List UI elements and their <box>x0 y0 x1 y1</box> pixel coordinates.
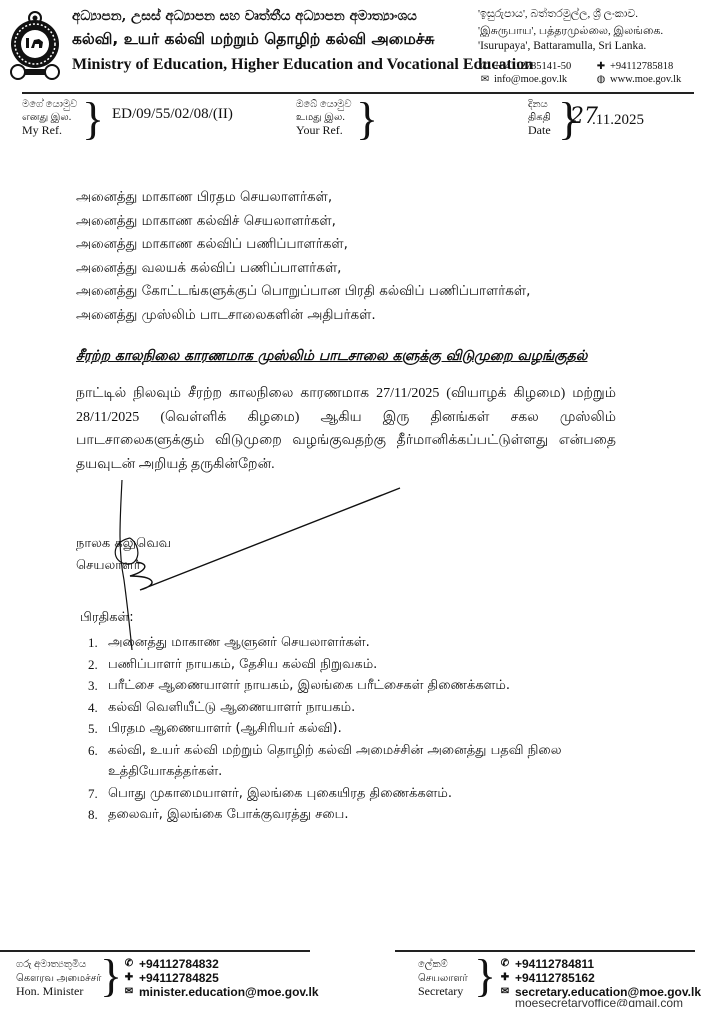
secretary-email[interactable]: secretary.education@moe.gov.lk <box>515 985 701 999</box>
copy-item: 5.பிரதம ஆணையாளர் (ஆசிரியர் கல்வி). <box>88 718 668 740</box>
address-english: 'Isurupaya', Battaramulla, Sri Lanka. <box>478 40 646 52</box>
date-label: දිනය திகதி Date <box>528 99 551 137</box>
minister-email[interactable]: minister.education@moe.gov.lk <box>139 985 319 999</box>
minister-phone: +94112784832 <box>139 957 219 971</box>
fax-icon: ✚ <box>124 973 134 983</box>
footer-divider <box>0 950 310 952</box>
ministry-fax: ✚ +94112785818 <box>596 61 673 72</box>
addressee-line: அனைத்து மாகாண கல்விப் பணிப்பாளர்கள், <box>76 233 530 257</box>
copies-list: 1.அனைத்து மாகாண ஆளுனர் செயலாளர்கள். 2.பண… <box>88 632 668 826</box>
my-ref-value: ED/09/55/02/08/(II) <box>112 106 233 123</box>
letter-body: நாட்டில் நிலவும் சீரற்ற காலநிலை காரணமாக … <box>76 382 616 476</box>
ministry-phone: ✆ +94112785141-50 <box>480 61 571 72</box>
globe-icon: ◍ <box>596 75 606 85</box>
brace-divider: } <box>474 956 496 996</box>
copy-item: 1.அனைத்து மாகாண ஆளுனர் செயலாளர்கள். <box>88 632 668 654</box>
ministry-website: ◍ www.moe.gov.lk <box>596 74 681 85</box>
copy-item: 4.கல்வி வெளியீட்டு ஆணையாளர் நாயகம். <box>88 697 668 719</box>
your-ref-label: ඔබේ යොමුව உமது இல. Your Ref. <box>296 99 352 137</box>
fax-icon: ✚ <box>596 62 606 72</box>
ministry-name-sinhala: අධ්‍යාපන, උසස් අධ්‍යාපන සහ වෘත්තීය අධ්‍ය… <box>72 8 417 24</box>
addressee-line: அனைத்து மாகாண பிரதம செயலாளர்கள், <box>76 186 530 210</box>
email-icon: ✉ <box>124 987 134 997</box>
ministry-website-link[interactable]: www.moe.gov.lk <box>610 74 681 85</box>
ministry-fax-number: +94112785818 <box>610 61 673 72</box>
minister-fax: +94112784825 <box>139 971 219 985</box>
fax-icon: ✚ <box>500 973 510 983</box>
email-icon: ✉ <box>500 987 510 997</box>
brace-divider: } <box>82 99 104 139</box>
brace-divider: } <box>100 956 122 996</box>
footer-divider <box>395 950 695 952</box>
government-emblem-logo <box>6 6 64 82</box>
ministry-name-english: Ministry of Education, Higher Education … <box>72 56 533 74</box>
ministry-email: ✉ info@moe.gov.lk <box>480 74 567 85</box>
addressee-line: அனைத்து முஸ்லிம் பாடசாலைகளின் அதிபர்கள். <box>76 304 530 328</box>
minister-label: ගරු අමාත්‍යතුමිය கௌரவ அமைச்சர் Hon. Mini… <box>16 958 101 999</box>
ministry-phone-number: +94112785141-50 <box>494 61 571 72</box>
letter-subject: சீரற்ற காலநிலை காரணமாக முஸ்லிம் பாடசாலை … <box>76 348 587 366</box>
copies-heading: பிரதிகள்: <box>80 610 134 626</box>
secretary-contacts: ✆+94112784811 ✚+94112785162 ✉secretary.e… <box>500 957 701 1007</box>
addressee-line: அனைத்து மாகாண கல்விச் செயலாளர்கள், <box>76 210 530 234</box>
addressee-list: அனைத்து மாகாண பிரதம செயலாளர்கள், அனைத்து… <box>76 186 530 327</box>
secretary-phone: +94112784811 <box>515 957 594 971</box>
copy-item: 6.கல்வி, உயர் கல்வி மற்றும் தொழிற் கல்வி… <box>88 740 668 783</box>
phone-icon: ✆ <box>500 959 510 969</box>
phone-icon: ✆ <box>124 959 134 969</box>
date-value: .11.2025 <box>592 112 644 129</box>
email-icon: ✉ <box>480 75 490 85</box>
brace-divider: } <box>356 99 378 139</box>
minister-contacts: ✆+94112784832 ✚+94112784825 ✉minister.ed… <box>124 957 319 999</box>
ministry-name-tamil: கல்வி, உயர் கல்வி மற்றும் தொழிற் கல்வி அ… <box>72 30 435 50</box>
address-sinhala: 'ඉසුරුපාය', බත්තරමුල්ල, ශ්‍රී ලංකාව. <box>478 8 638 21</box>
copy-item: 7.பொது முகாமையாளர், இலங்கை புகையிரத திணை… <box>88 783 668 805</box>
copy-item: 3.பரீட்சை ஆணையாளர் நாயகம், இலங்கை பரீட்ச… <box>88 675 668 697</box>
signatory-name: நாலக கலுவெவ <box>76 536 171 552</box>
copy-item: 2.பணிப்பாளர் நாயகம், தேசிய கல்வி நிறுவகம… <box>88 654 668 676</box>
secretary-fax: +94112785162 <box>515 971 595 985</box>
ministry-email-address[interactable]: info@moe.gov.lk <box>494 74 567 85</box>
signatory-title: செயலாளர் <box>76 558 141 574</box>
address-tamil: 'இசுருபாய', பத்தரமுல்லை, இலங்கை. <box>478 25 663 39</box>
addressee-line: அனைத்து கோட்டங்களுக்குப் பொறுப்பான பிரதி… <box>76 280 530 304</box>
my-ref-label: මගේ යොමුව எனது இல. My Ref. <box>22 99 77 137</box>
copy-item: 8.தலைவர், இலங்கை போக்குவரத்து சபை. <box>88 804 668 826</box>
addressee-line: அனைத்து வலயக் கல்விப் பணிப்பாளர்கள், <box>76 257 530 281</box>
phone-icon: ✆ <box>480 62 490 72</box>
handwritten-signature <box>100 480 420 650</box>
secretary-label: ලේකම් செயலாளர் Secretary <box>418 958 468 999</box>
secretary-email-alt[interactable]: moesecretaryoffice@gmail.com <box>515 999 683 1007</box>
